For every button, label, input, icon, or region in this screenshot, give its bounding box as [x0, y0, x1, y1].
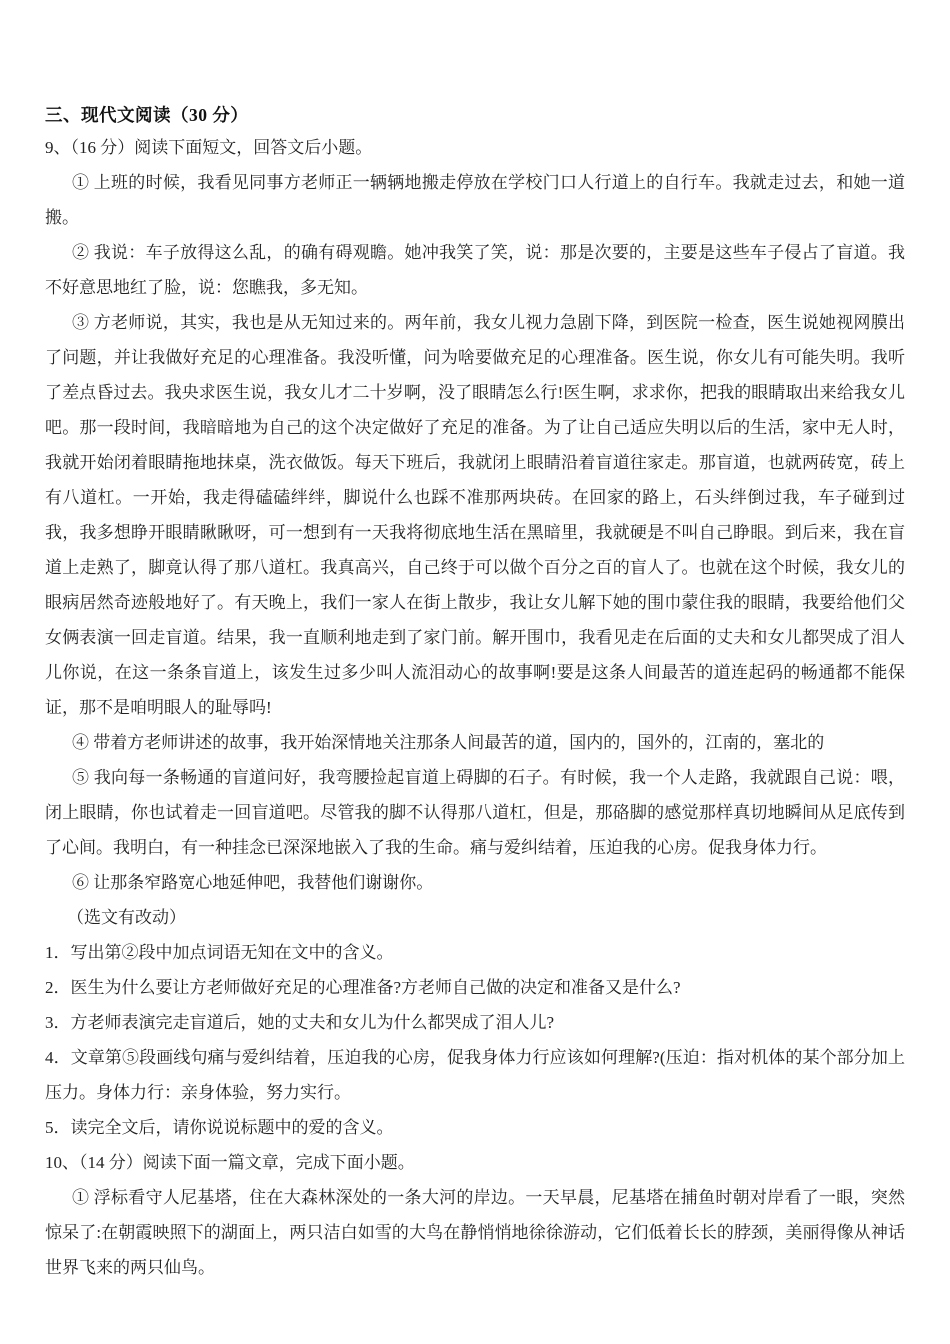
passage-10-paragraph-1: ① 浮标看守人尼基塔，住在大森林深处的一条大河的岸边。一天早晨，尼基塔在捕鱼时朝… — [45, 1180, 905, 1285]
source-note: （选文有改动） — [45, 900, 905, 935]
passage-9-paragraph-5: ⑤ 我向每一条畅通的盲道问好，我弯腰捡起盲道上碍脚的石子。有时候，我一个人走路，… — [45, 760, 905, 865]
sub-question-4: 4．文章第⑤段画线句痛与爱纠结着，压迫我的心房，促我身体力行应该如何理解?(压迫… — [45, 1040, 905, 1110]
passage-9-paragraph-6: ⑥ 让那条窄路宽心地延伸吧，我替他们谢谢你。 — [45, 865, 905, 900]
passage-9-paragraph-2: ② 我说：车子放得这么乱，的确有碍观瞻。她冲我笑了笑，说：那是次要的，主要是这些… — [45, 235, 905, 305]
sub-question-1: 1．写出第②段中加点词语无知在文中的含义。 — [45, 935, 905, 970]
sub-question-3: 3．方老师表演完走盲道后，她的丈夫和女儿为什么都哭成了泪人儿? — [45, 1005, 905, 1040]
sub-question-2: 2．医生为什么要让方老师做好充足的心理准备?方老师自己做的决定和准备又是什么? — [45, 970, 905, 1005]
section-header: 三、现代文阅读（30 分） — [45, 100, 905, 130]
passage-9-paragraph-4: ④ 带着方老师讲述的故事，我开始深情地关注那条人间最苦的道，国内的，国外的，江南… — [45, 725, 905, 760]
exam-document-page: 三、现代文阅读（30 分） 9、（16 分）阅读下面短文，回答文后小题。 ① 上… — [0, 0, 950, 1344]
question-10-intro: 10、（14 分）阅读下面一篇文章，完成下面小题。 — [45, 1145, 905, 1180]
sub-question-5: 5．读完全文后，请你说说标题中的爱的含义。 — [45, 1110, 905, 1145]
passage-9-paragraph-1: ① 上班的时候，我看见同事方老师正一辆辆地搬走停放在学校门口人行道上的自行车。我… — [45, 165, 905, 235]
question-9-intro: 9、（16 分）阅读下面短文，回答文后小题。 — [45, 130, 905, 165]
passage-9-paragraph-3: ③ 方老师说，其实，我也是从无知过来的。两年前，我女儿视力急剧下降，到医院一检查… — [45, 305, 905, 725]
